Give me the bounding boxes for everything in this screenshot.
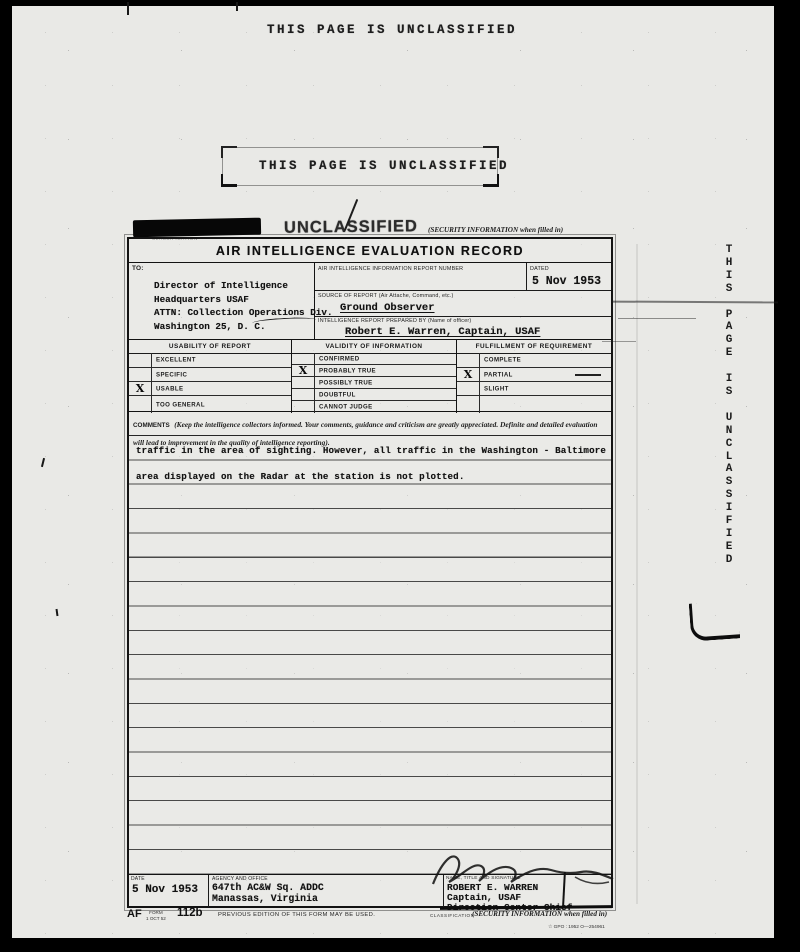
stamp-box-corner <box>483 174 499 187</box>
usability-row: TOO GENERAL <box>129 396 291 413</box>
usability-header: USABILITY OF REPORT <box>129 340 291 354</box>
source-cell: SOURCE OF REPORT (Air Attache, Command, … <box>315 291 611 317</box>
fulfillment-row-label: COMPLETE <box>484 357 521 364</box>
evaluation-check-table: USABILITY OF REPORT EXCELLENT SPECIFIC X… <box>129 339 611 412</box>
comments-ruled-area: traffic in the area of sighting. However… <box>129 436 611 874</box>
fulfillment-row <box>457 396 611 413</box>
checkbox-checked: X <box>292 365 315 376</box>
classification-micro-bottom: CLASSIFICATION <box>430 913 474 918</box>
comments-label: COMMENTS <box>133 422 170 429</box>
validity-row-label: DOUBTFUL <box>319 391 356 398</box>
usability-row: X USABLE <box>129 382 291 396</box>
security-note-bottom: (SECURITY INFORMATION when filled in) <box>472 910 607 918</box>
dated-label: DATED <box>530 266 549 273</box>
usability-row: EXCELLENT <box>129 353 291 368</box>
validity-row-label: CANNOT JUDGE <box>319 404 373 411</box>
checkbox-checked: X <box>457 368 480 381</box>
footer-agency-line: 647th AC&W Sq. ADDC <box>212 882 324 893</box>
report-number-label: AIR INTELLIGENCE INFORMATION REPORT NUMB… <box>318 266 463 273</box>
form-number: 112b <box>177 907 203 919</box>
comment-text-line: traffic in the area of sighting. However… <box>136 445 606 456</box>
prepared-by-value: Robert E. Warren, Captain, USAF <box>345 326 540 338</box>
checkbox <box>129 353 152 367</box>
to-address-line: Director of Intelligence <box>154 279 333 293</box>
to-address-line: Headquarters USAF <box>154 293 333 307</box>
filled-in-note-top: (SECURITY INFORMATION when filled in) <box>428 226 563 234</box>
usability-row-label: TOO GENERAL <box>156 401 205 408</box>
dated-cell: DATED 5 Nov 1953 <box>527 263 611 291</box>
usability-row-label: EXCELLENT <box>156 357 196 364</box>
to-label: TO: <box>132 265 144 273</box>
comments-instruction-row: COMMENTS (Keep the intelligence collecto… <box>129 412 611 436</box>
fulfillment-row-label: PARTIAL <box>484 371 513 378</box>
validity-row-label: POSSIBLY TRUE <box>319 379 373 386</box>
ink-speck <box>236 2 238 11</box>
boxed-stamp-text: THIS PAGE IS UNCLASSIFIED <box>259 159 509 173</box>
checkbox <box>457 396 480 413</box>
scratch-line <box>618 318 696 319</box>
footer-agency-cell: AGENCY AND OFFICE 647th AC&W Sq. ADDC Ma… <box>209 875 444 907</box>
dated-value: 5 Nov 1953 <box>532 275 601 288</box>
validity-row: DOUBTFUL <box>292 389 456 401</box>
ink-speck <box>127 2 129 15</box>
form-title: AIR INTELLIGENCE EVALUATION RECORD <box>216 244 524 258</box>
validity-header: VALIDITY OF INFORMATION <box>292 340 456 354</box>
checkbox <box>292 353 315 364</box>
fulfillment-row: X PARTIAL <box>457 368 611 382</box>
top-unclassified-stamp: THIS PAGE IS UNCLASSIFIED <box>267 23 517 37</box>
checkbox <box>457 353 480 367</box>
prepared-by-cell: INTELLIGENCE REPORT PREPARED BY (Name of… <box>315 317 611 339</box>
redaction-bar <box>133 218 261 238</box>
fulfillment-row-label: SLIGHT <box>484 385 509 392</box>
footer-date-value: 5 Nov 1953 <box>132 884 198 896</box>
fulfillment-header: FULFILLMENT OF REQUIREMENT <box>457 340 611 354</box>
stamp-box-corner <box>221 146 237 158</box>
comment-text-line: area displayed on the Radar at the stati… <box>136 471 464 482</box>
report-number-cell: AIR INTELLIGENCE INFORMATION REPORT NUMB… <box>315 263 527 291</box>
form-title-row: AIR INTELLIGENCE EVALUATION RECORD <box>129 239 611 263</box>
validity-row: X PROBABLY TRUE <box>292 365 456 377</box>
usability-row: SPECIFIC <box>129 368 291 382</box>
previous-edition-note: PREVIOUS EDITION OF THIS FORM MAY BE USE… <box>218 912 375 919</box>
boxed-unclassified-stamp: THIS PAGE IS UNCLASSIFIED <box>222 147 498 186</box>
footer-agency-line: Manassas, Virginia <box>212 893 318 904</box>
gpo-imprint: ☆ GPO : 1952 O—254961 <box>548 925 605 930</box>
checkbox <box>129 396 152 413</box>
form-edition-date: 1 OCT 52 <box>146 916 166 922</box>
vertical-unclassified-stamp: THISPAGEISUNCLASSIFIED <box>721 244 737 567</box>
scratch-line <box>602 341 636 342</box>
usability-column: USABILITY OF REPORT EXCELLENT SPECIFIC X… <box>129 340 292 413</box>
form-id-af: AF <box>127 908 142 920</box>
pen-dash <box>575 374 601 376</box>
stamp-box-corner <box>221 174 237 187</box>
to-cell: TO: Director of Intelligence Headquarter… <box>129 263 315 339</box>
footer-date-cell: DATE 5 Nov 1953 <box>129 875 209 907</box>
validity-row-label: PROBABLY TRUE <box>319 367 376 374</box>
source-value: Ground Observer <box>340 302 435 314</box>
validity-row-label: CONFIRMED <box>319 355 360 362</box>
stamp-corner-bracket <box>689 600 741 641</box>
fulfillment-row: SLIGHT <box>457 382 611 396</box>
fulfillment-column: FULFILLMENT OF REQUIREMENT COMPLETE X PA… <box>457 340 611 413</box>
checkbox <box>292 389 315 400</box>
validity-row: POSSIBLY TRUE <box>292 377 456 389</box>
handwritten-signature <box>425 846 617 890</box>
checkbox-checked: X <box>129 382 152 395</box>
prepared-by-label: INTELLIGENCE REPORT PREPARED BY (Name of… <box>318 318 471 325</box>
unclassified-stamp: UNCLASSIFIED <box>284 217 418 237</box>
fulfillment-row: COMPLETE <box>457 353 611 368</box>
air-intelligence-evaluation-form: AIR INTELLIGENCE EVALUATION RECORD TO: D… <box>127 237 613 908</box>
stamp-box-corner <box>483 146 499 158</box>
usability-row-label: USABLE <box>156 385 183 392</box>
usability-row-label: SPECIFIC <box>156 371 187 378</box>
checkbox <box>292 377 315 388</box>
scanned-document-page: THIS PAGE IS UNCLASSIFIED THIS PAGE IS U… <box>0 0 800 952</box>
checkbox <box>457 382 480 395</box>
footer-date-label: DATE <box>131 876 145 882</box>
checkbox <box>129 368 152 381</box>
validity-row: CONFIRMED <box>292 353 456 365</box>
fold-line <box>636 244 638 904</box>
source-label: SOURCE OF REPORT (Air Attache, Command, … <box>318 293 454 300</box>
validity-column: VALIDITY OF INFORMATION CONFIRMED X PROB… <box>292 340 457 413</box>
